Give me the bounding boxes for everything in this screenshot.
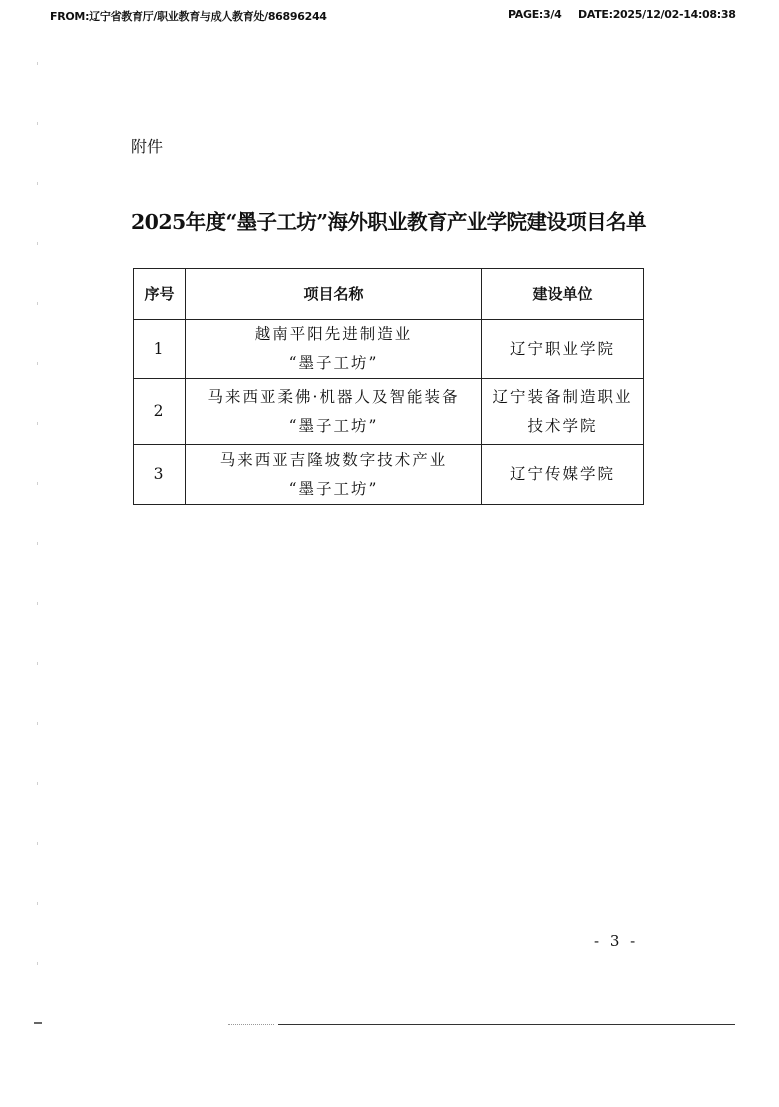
cell-seq: 1 bbox=[134, 320, 186, 379]
header-unit: 建设单位 bbox=[482, 269, 644, 320]
document-title: 2025年度“墨子工坊”海外职业教育产业学院建设项目名单 bbox=[131, 205, 646, 235]
header-project-name: 项目名称 bbox=[186, 269, 482, 320]
cell-unit: 辽宁传媒学院 bbox=[482, 445, 644, 505]
fax-header: FROM:辽宁省教育厅/职业教育与成人教育处/86896244 PAGE:3/4… bbox=[0, 8, 779, 24]
cell-unit: 辽宁装备制造职业 技术学院 bbox=[482, 379, 644, 445]
project-name-line: “墨子工坊” bbox=[186, 475, 481, 504]
project-name-line: 越南平阳先进制造业 bbox=[186, 320, 481, 349]
scan-artifact-mark bbox=[34, 1022, 42, 1024]
unit-name-line: 辽宁职业学院 bbox=[482, 335, 643, 364]
unit-name-line: 辽宁装备制造职业 bbox=[482, 383, 643, 412]
unit-name-line: 辽宁传媒学院 bbox=[482, 460, 643, 489]
scan-artifact-margin bbox=[37, 40, 38, 1000]
scan-artifact-dots bbox=[228, 1024, 274, 1026]
cell-project-name: 越南平阳先进制造业 “墨子工坊” bbox=[186, 320, 482, 379]
footer-rule bbox=[278, 1024, 735, 1025]
fax-date-stamp: DATE:2025/12/02-14:08:38 bbox=[578, 8, 736, 21]
table-row: 2 马来西亚柔佛·机器人及智能装备 “墨子工坊” 辽宁装备制造职业 技术学院 bbox=[134, 379, 644, 445]
project-name-line: “墨子工坊” bbox=[186, 349, 481, 378]
cell-project-name: 马来西亚柔佛·机器人及智能装备 “墨子工坊” bbox=[186, 379, 482, 445]
page-number: - 3 - bbox=[594, 932, 638, 950]
attachment-label: 附件 bbox=[131, 134, 163, 157]
fax-page-indicator: PAGE:3/4 bbox=[508, 8, 561, 21]
project-list-table: 序号 项目名称 建设单位 1 越南平阳先进制造业 “墨子工坊” 辽宁职业学院 2… bbox=[133, 268, 644, 505]
project-name-line: 马来西亚吉隆坡数字技术产业 bbox=[186, 446, 481, 475]
project-name-line: 马来西亚柔佛·机器人及智能装备 bbox=[186, 383, 481, 412]
header-seq: 序号 bbox=[134, 269, 186, 320]
cell-unit: 辽宁职业学院 bbox=[482, 320, 644, 379]
project-name-line: “墨子工坊” bbox=[186, 412, 481, 441]
fax-from-line: FROM:辽宁省教育厅/职业教育与成人教育处/86896244 bbox=[50, 8, 327, 24]
cell-seq: 3 bbox=[134, 445, 186, 505]
cell-project-name: 马来西亚吉隆坡数字技术产业 “墨子工坊” bbox=[186, 445, 482, 505]
unit-name-line: 技术学院 bbox=[482, 412, 643, 441]
table-header-row: 序号 项目名称 建设单位 bbox=[134, 269, 644, 320]
table-row: 1 越南平阳先进制造业 “墨子工坊” 辽宁职业学院 bbox=[134, 320, 644, 379]
table-row: 3 马来西亚吉隆坡数字技术产业 “墨子工坊” 辽宁传媒学院 bbox=[134, 445, 644, 505]
cell-seq: 2 bbox=[134, 379, 186, 445]
